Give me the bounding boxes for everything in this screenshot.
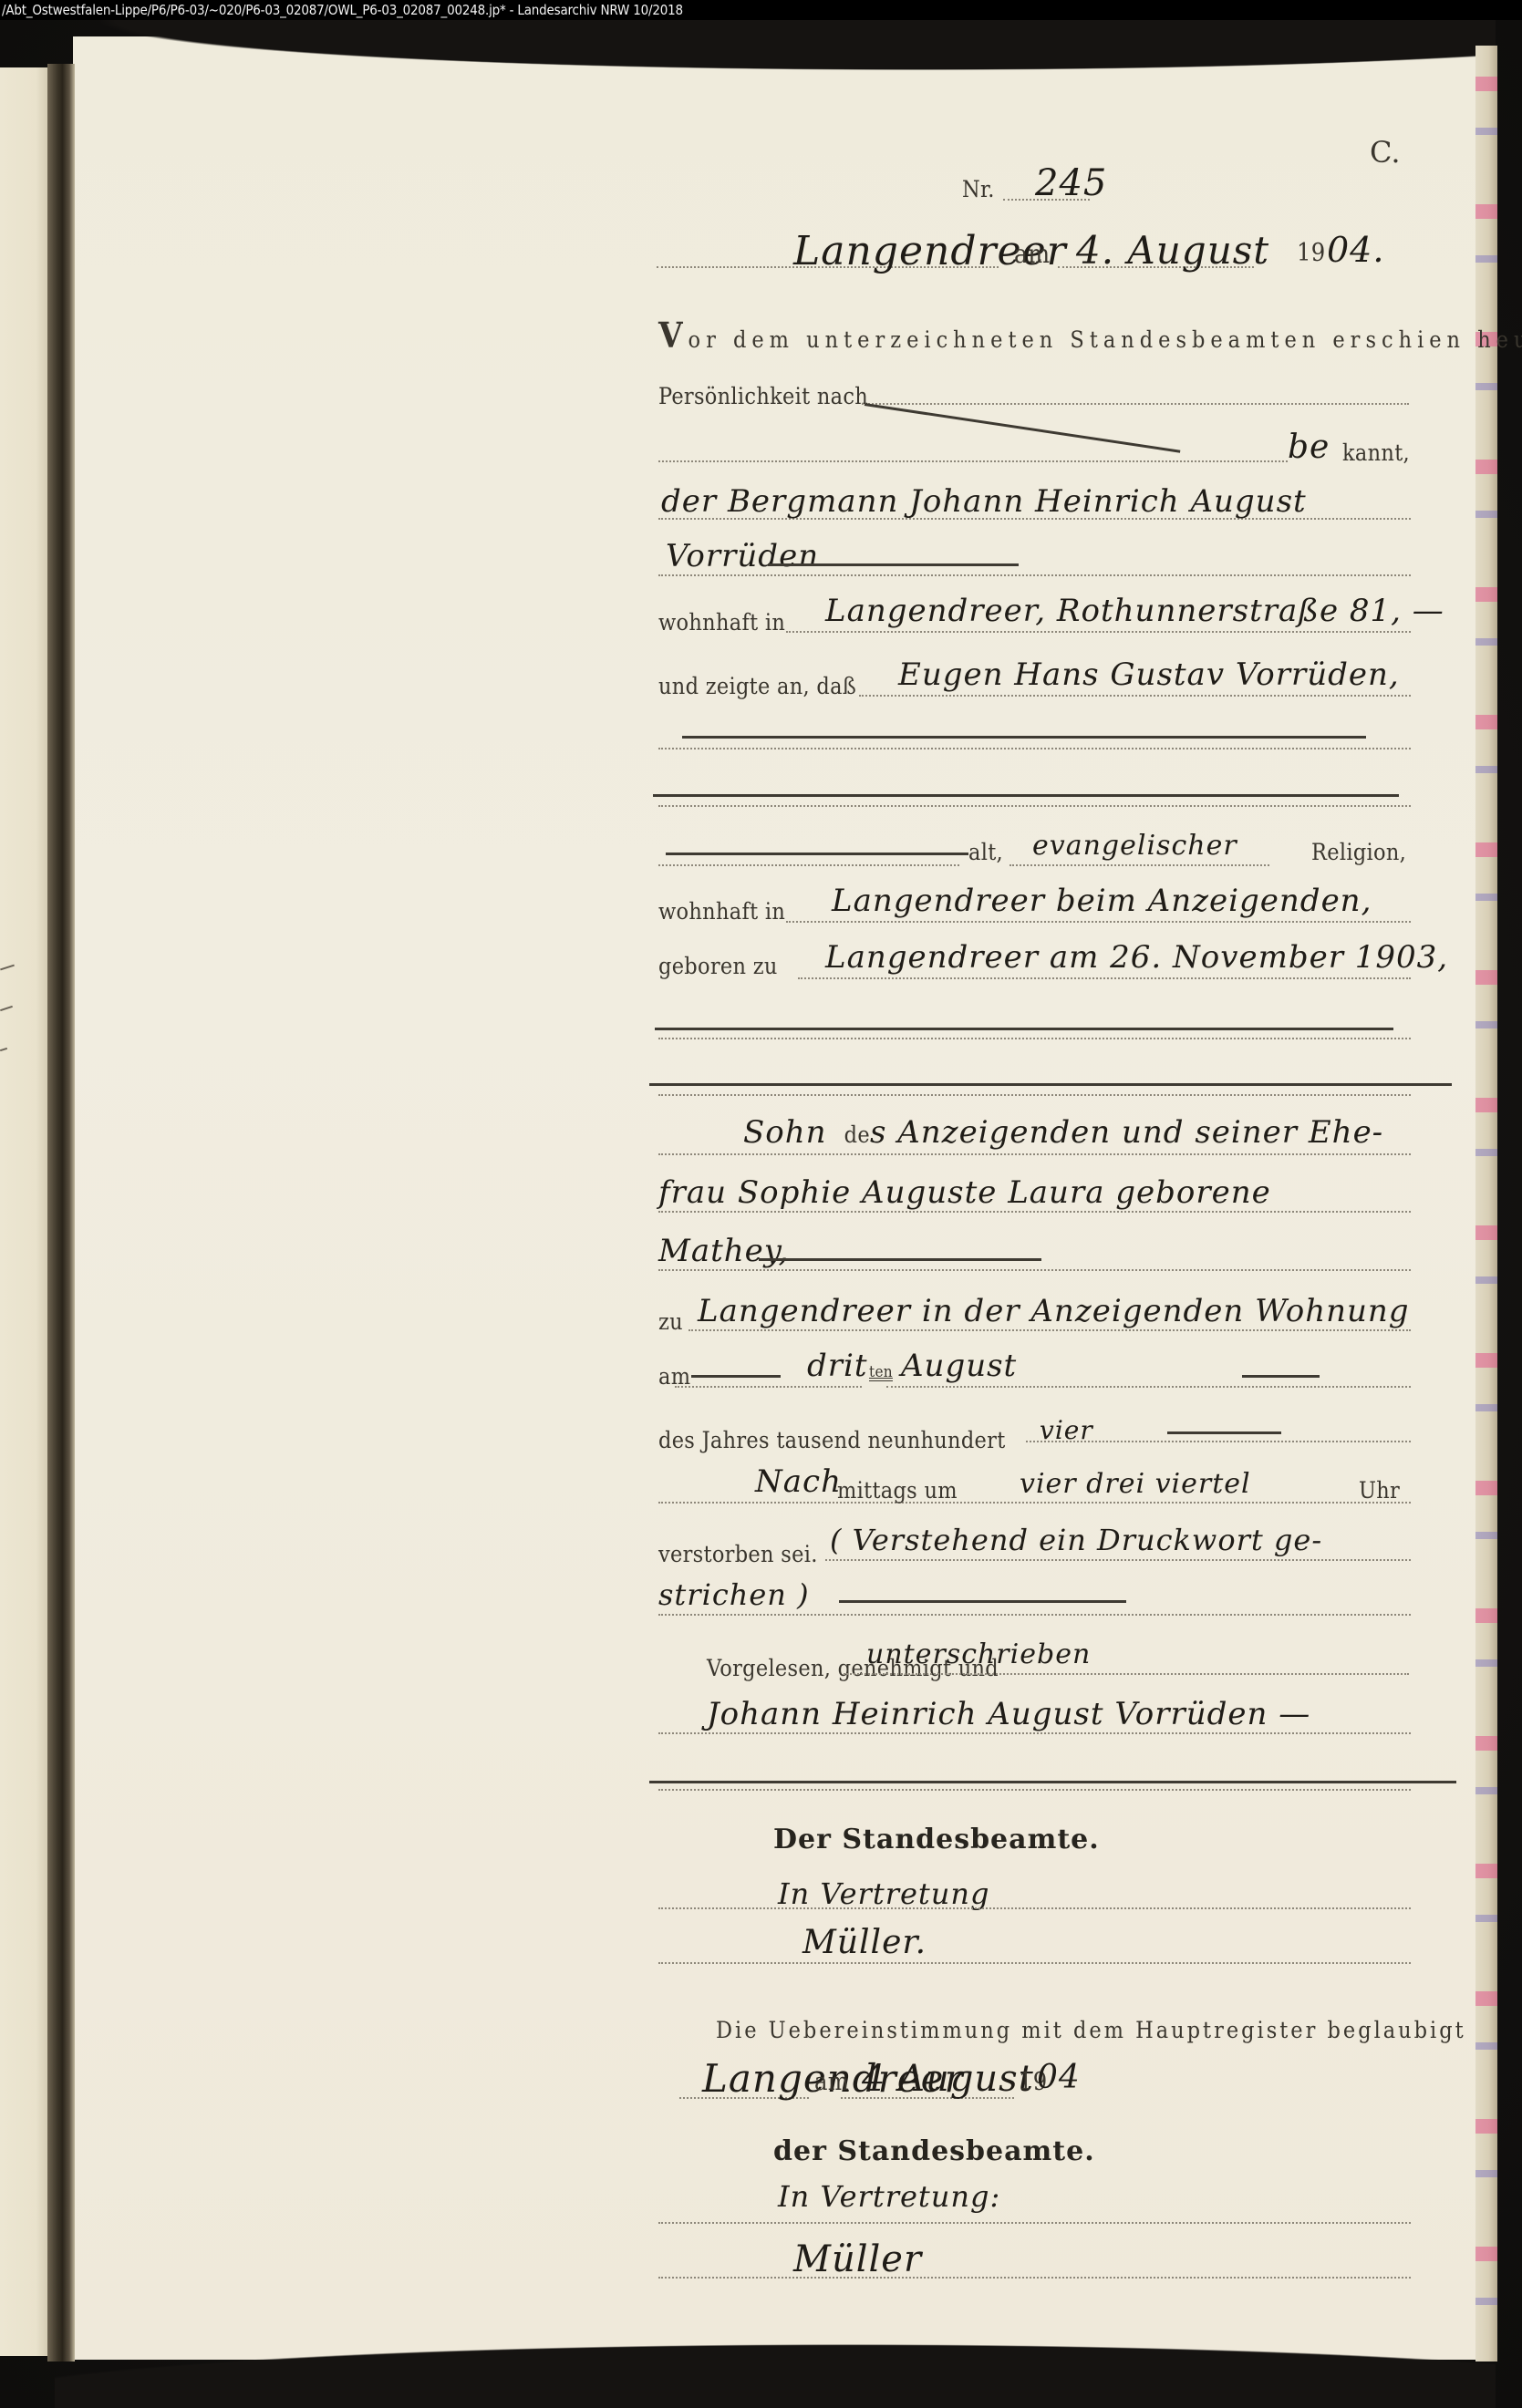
age-label: alt, [968,839,1003,865]
day-suffix: ten [869,1363,893,1381]
strike-through-line [865,403,1181,453]
reported-dotted-line [859,695,1411,697]
place-value: Langendreer in der Anzeigenden Wohnung [698,1293,1410,1329]
born-value: Langendreer am 26. November 1903, [825,939,1448,976]
fill-rule [682,736,1366,739]
known-hand: be [1288,429,1330,466]
born-label: geboren zu [658,953,778,979]
cert-dotted-line-1 [658,2222,1411,2224]
fill-rule [1242,1375,1320,1378]
header-year-suffix: 04. [1327,230,1384,270]
parent-line-1-print: de [844,1121,870,1148]
time-prefix: Nach [755,1463,842,1500]
intro-line-1: Vor dem unterzeichneten Standesbeamten e… [658,315,1522,356]
header-date: 4. August [1076,228,1269,273]
official-dotted-line-1 [658,1907,1411,1909]
header-am: am [1014,239,1051,269]
certification-text: Die Uebereinstimmung mit dem Hauptregist… [716,2017,1466,2043]
approved-value: unterschrieben [866,1638,1091,1670]
time-dotted-line [658,1502,1411,1504]
intro-line-2: Persönlichkeit nach [658,383,868,409]
signature-dotted-line [658,1732,1411,1734]
fill-rule [653,794,1399,797]
intro-text-1: or dem unterzeichneten Standesbeamten er… [689,326,1522,353]
born-dotted-line [798,977,1411,979]
declarant-dotted-line-2 [658,574,1411,576]
cert-date: 4 August [862,2058,1034,2100]
fill-rule [649,1083,1452,1086]
fill-rule [839,1600,1126,1603]
residence-dotted-line [786,631,1411,633]
official-heading: Der Standesbeamte. [773,1824,1100,1855]
register-number: 245 [1035,162,1107,204]
parent-line-1: Sohn des Anzeigenden und seiner Ehe- [743,1114,1383,1151]
died-dotted-line-2 [658,1614,1411,1616]
drop-cap: V [658,315,689,356]
official-signature: Müller. [802,1924,927,1961]
death-register-form: C. Nr. 245 Langendreer am 4. August 19 0… [0,0,1522,2408]
known-dotted-line [658,460,1288,462]
religion-value: evangelischer [1032,830,1237,862]
fill-rule [691,1375,781,1378]
residence-label: wohnhaft in [658,609,785,636]
deceased-residence-value: Langendreer beim Anzeigenden, [832,883,1372,919]
official-dotted-line-2 [658,1962,1411,1964]
declarant-signature: Johann Heinrich August Vorrüden — [707,1696,1310,1732]
cert-year-suffix: 04 [1037,2059,1081,2096]
day-dotted-line [675,1386,862,1388]
place-label: zu [658,1308,683,1335]
cert-deputy: In Vertretung: [778,2179,1000,2214]
time-unit: Uhr [1359,1477,1400,1504]
died-dotted-line [825,1559,1411,1561]
parent-line-1-b: s Anzeigenden und seiner Ehe- [870,1114,1383,1151]
day-value: drit [807,1348,868,1384]
religion-dotted-line [1009,864,1269,866]
age-dotted-line [658,864,959,866]
empty-dotted-line [658,1789,1411,1791]
parent-dotted-line-1 [658,1153,1411,1155]
reported-label: und zeigte an, daß [658,673,856,699]
place-dotted-line [689,1329,1411,1331]
fill-rule [768,563,1019,566]
time-value: vier drei viertel [1020,1468,1251,1500]
fill-rule [759,1258,1041,1261]
corner-mark: C. [1370,135,1401,170]
empty-dotted-line [658,1094,1411,1096]
died-note-line-1: ( Verstehend ein Druckwort ge- [830,1523,1322,1557]
year-value: vier [1040,1415,1093,1445]
declarant-line-1: der Bergmann Johann Heinrich August [661,483,1307,520]
cert-heading: der Standesbeamte. [773,2135,1095,2167]
cert-am: am [814,2068,849,2096]
fill-rule [1167,1431,1281,1434]
empty-dotted-line [658,1038,1411,1039]
residence-value: Langendreer, Rothunnerstraße 81, — [825,593,1444,629]
approved-dotted-line [844,1673,1409,1675]
died-note-line-2: strichen ) [658,1577,810,1612]
time-label: mittags um [837,1477,958,1504]
age-strike-rule [666,853,968,855]
parent-line-1-a: Sohn [743,1114,827,1151]
intro-dotted-line [862,403,1409,405]
religion-label: Religion, [1311,839,1406,865]
official-deputy: In Vertretung [778,1876,989,1911]
empty-dotted-line [658,805,1411,807]
month-dotted-line [886,1386,1411,1388]
cert-dotted-line-2 [658,2277,1411,2279]
declarant-line-2: Vorrüden [666,538,819,574]
header-year-prefix: 19 [1297,239,1326,267]
parent-dotted-line-2 [658,1211,1411,1213]
known-print: kannt, [1342,439,1410,466]
deceased-residence-dotted-line [786,921,1411,923]
died-label: verstorben sei. [658,1541,818,1567]
parent-line-3: Mathey, [658,1233,789,1269]
parent-dotted-line-3 [658,1269,1411,1271]
number-label: Nr. [962,176,995,202]
month-value: August [901,1348,1017,1384]
deceased-residence-label: wohnhaft in [658,898,785,925]
parent-line-2: frau Sophie Auguste Laura geborene [658,1174,1271,1211]
empty-dotted-line [658,748,1411,749]
reported-value: Eugen Hans Gustav Vorrüden, [898,656,1400,693]
cert-signature: Müller [793,2238,922,2280]
fill-rule [649,1781,1456,1783]
fill-rule [655,1028,1393,1030]
year-label: des Jahres tausend neunhundert [658,1427,1006,1453]
